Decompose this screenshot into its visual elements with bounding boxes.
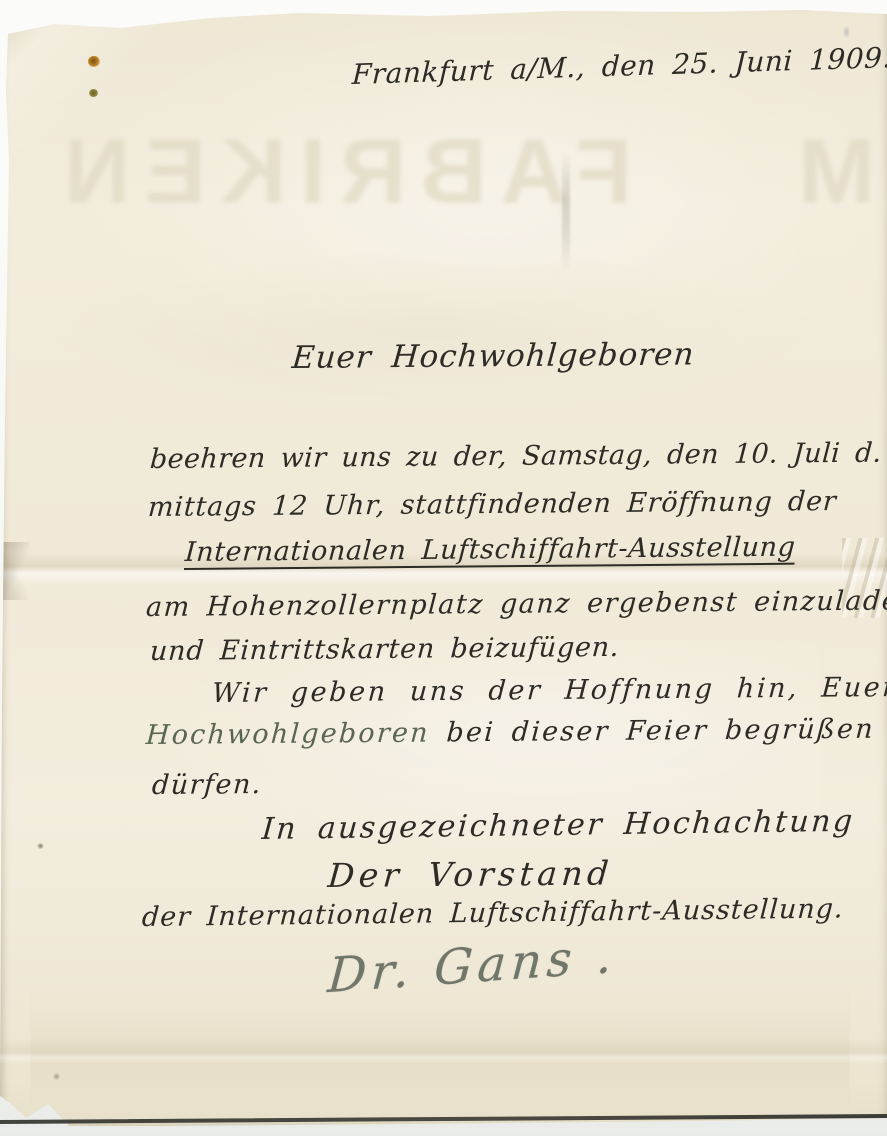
paper-texture xyxy=(40,250,820,410)
foxing-spot xyxy=(89,89,98,97)
exhibition-title-underlined: Internationalen Luftschiffahrt-Ausstellu… xyxy=(184,532,796,568)
body-line-8: dürfen. xyxy=(151,769,263,801)
foxing-spot xyxy=(37,843,44,849)
ghost-letterhead-fragment: M xyxy=(784,120,875,225)
body-line-5: und Eintrittskarten beizufügen. xyxy=(149,632,620,667)
date-line: Frankfurt a/M., den 25. Juni 1909. xyxy=(351,41,887,91)
ghost-letterhead-bleedthrough: M FABRIKEN xyxy=(50,112,875,232)
letter-paper: M FABRIKEN Frankfurt a/M., den 25. Juni … xyxy=(0,0,887,1126)
ghost-letterhead-word: FABRIKEN xyxy=(50,120,632,225)
body-line-7: Hochwohlgeboren bei dieser Feier begrüße… xyxy=(145,713,887,751)
letter-scan: M FABRIKEN Frankfurt a/M., den 25. Juni … xyxy=(0,0,887,1136)
closing-vorstand: Der Vorstand xyxy=(326,853,614,895)
pen-mark xyxy=(843,26,850,38)
closing-organization: der Internationalen Luftschiffahrt-Ausst… xyxy=(141,893,844,933)
fold-crease-left-notch xyxy=(0,542,30,600)
body-line-2: mittags 12 Uhr, stattfindenden Eröffnung… xyxy=(147,486,837,523)
signature: Dr. Gans . xyxy=(326,928,619,1005)
body-line-7-rest: bei dieser Feier begrüßen zu xyxy=(429,713,887,748)
body-line-6: Wir geben uns der Hoffnung hin, Euer xyxy=(211,672,887,709)
fold-crease-lower xyxy=(0,1038,887,1064)
body-line-7-faded-word: Hochwohlgeboren xyxy=(145,718,431,751)
foxing-spot xyxy=(88,56,100,67)
ink-smudge xyxy=(562,152,570,272)
body-line-4: am Hohenzollernplatz ganz ergebenst einz… xyxy=(145,585,887,623)
closing-valediction: In ausgezeichneter Hochachtung xyxy=(261,804,856,847)
foxing-spot xyxy=(53,1073,60,1080)
body-line-1: beehren wir uns zu der, Samstag, den 10.… xyxy=(149,437,887,475)
salutation: Euer Hochwohlgeboren xyxy=(291,336,696,376)
